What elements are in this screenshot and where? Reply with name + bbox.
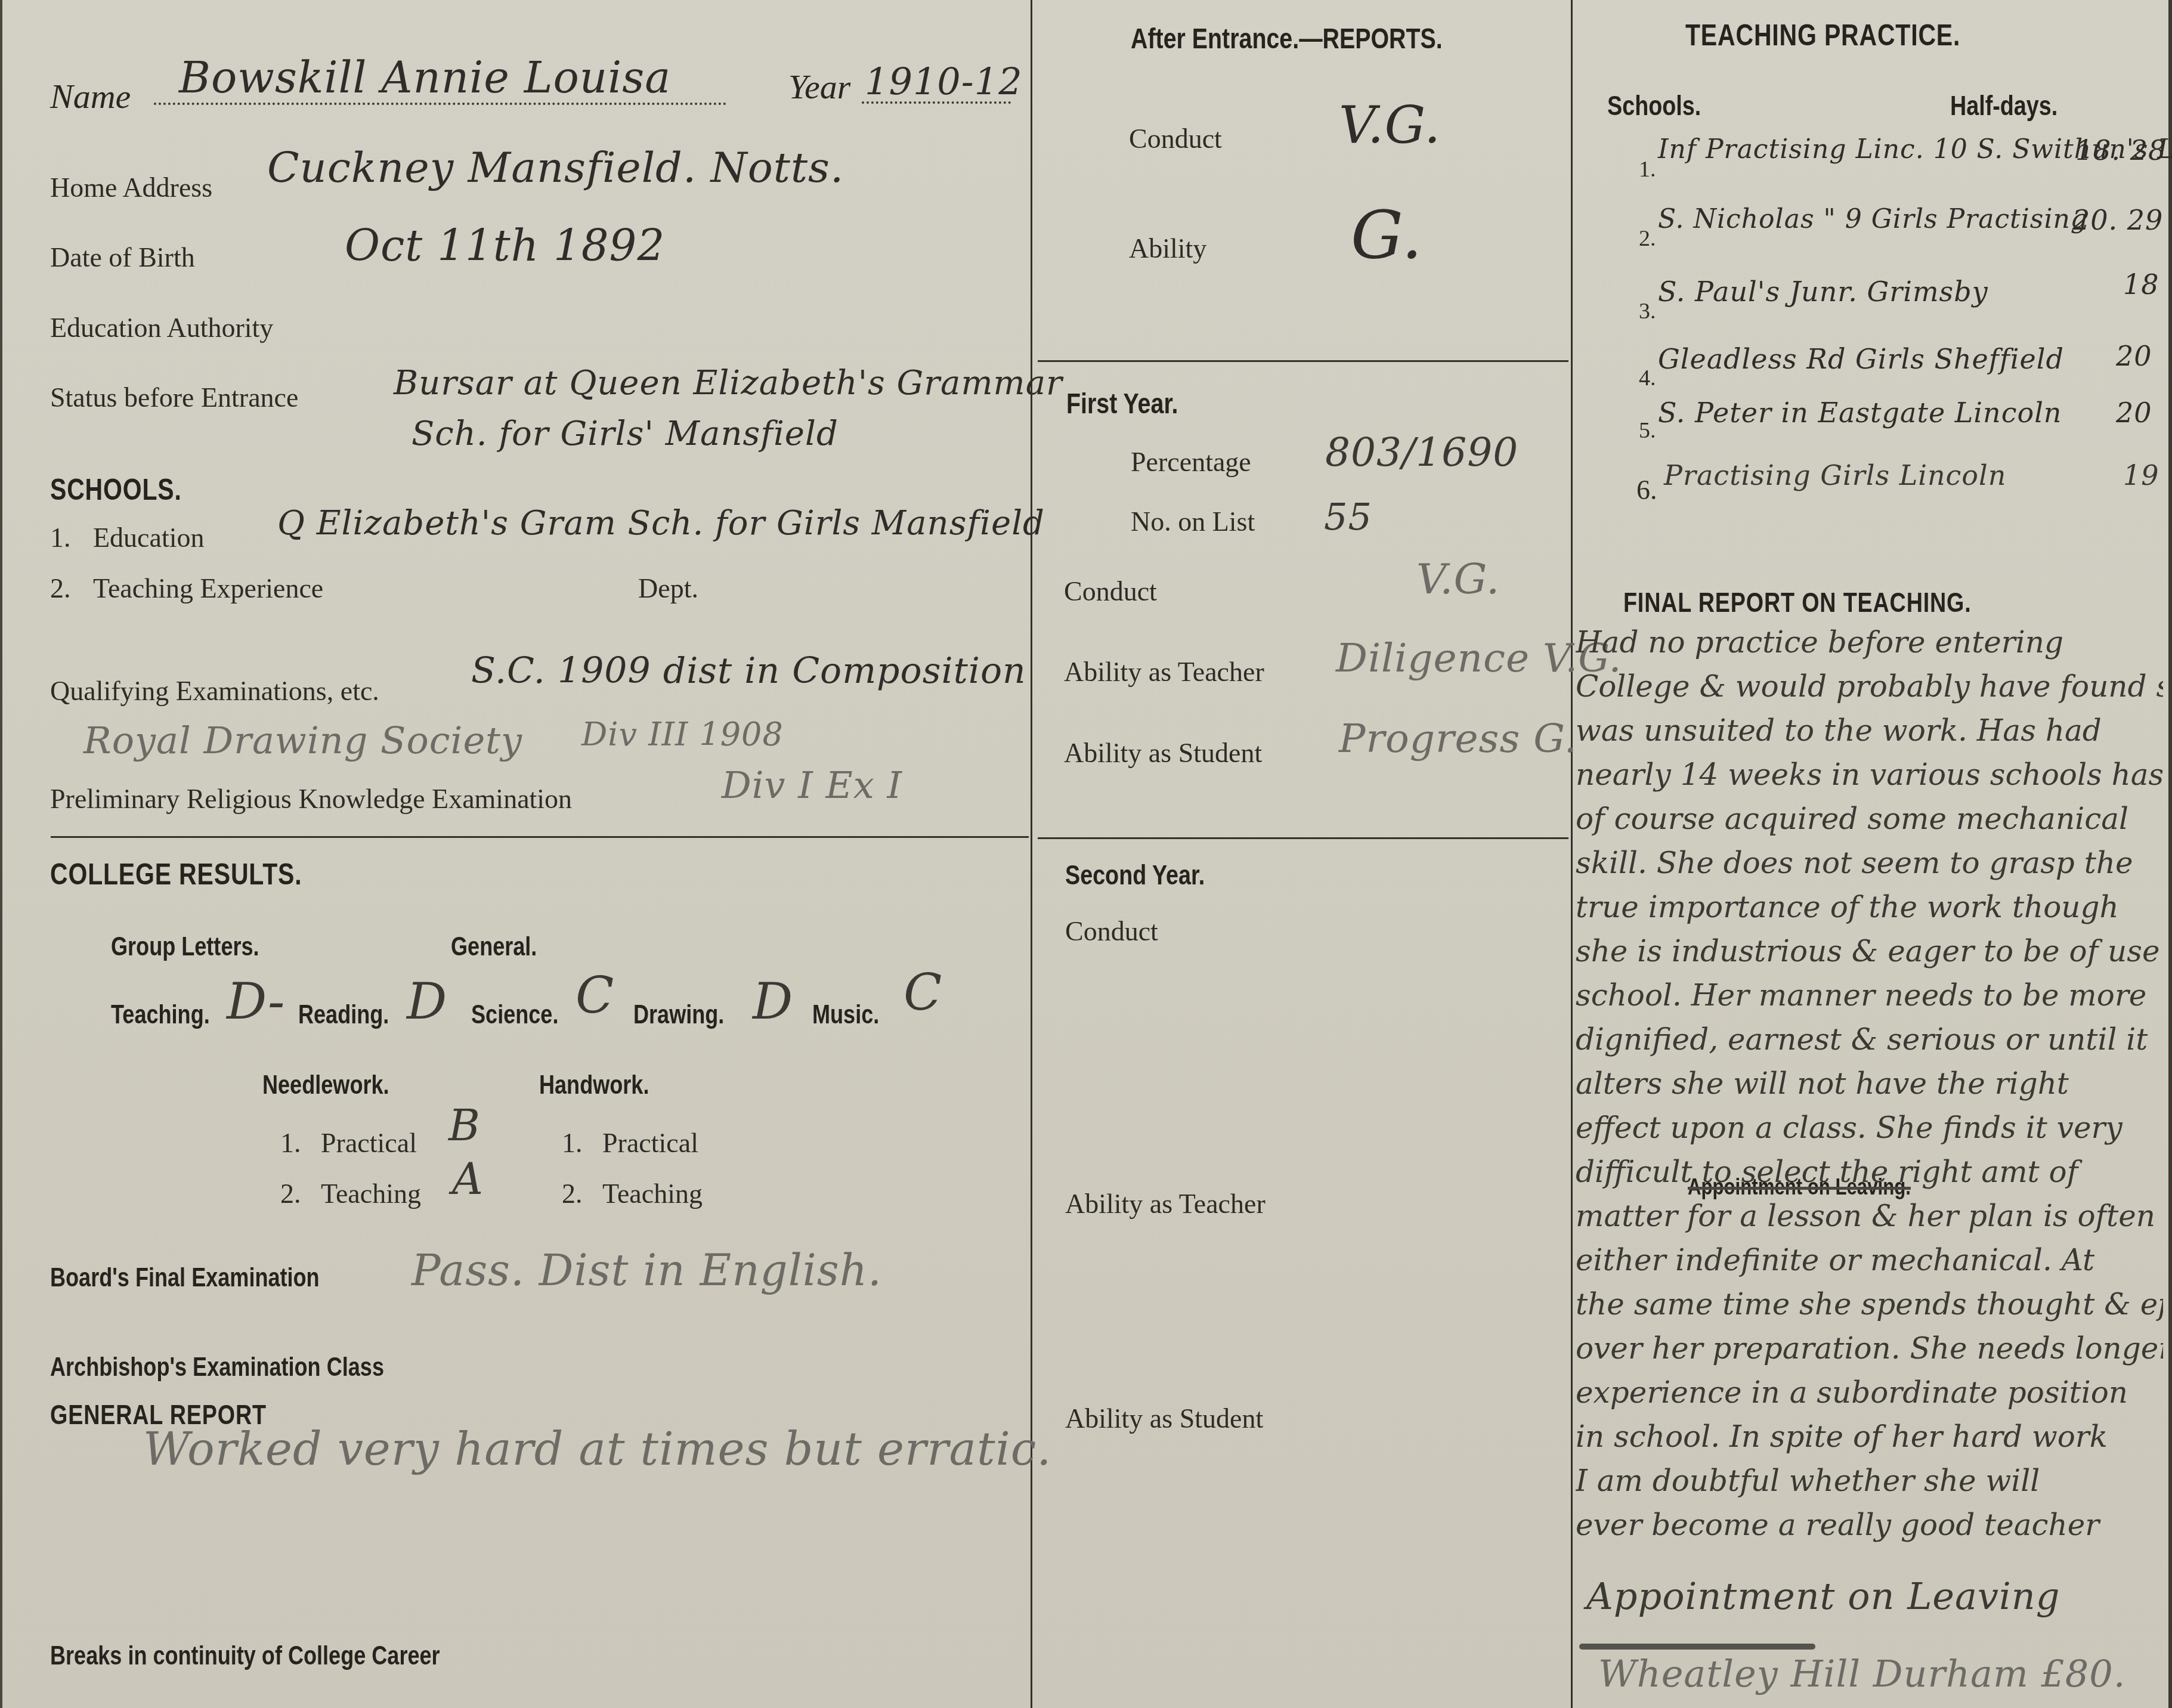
- qualifying-label: Qualifying Examinations, etc.: [50, 675, 379, 707]
- archbishop-label: Archbishop's Examination Class: [50, 1353, 384, 1382]
- fy-student-label: Ability as Student: [1064, 737, 1262, 769]
- report-line: the same time she spends thought & effor…: [1576, 1282, 2163, 1326]
- ae-conduct-value: V.G.: [1339, 95, 1441, 155]
- fy-student-value: Progress G.: [1339, 716, 1577, 762]
- report-line: nearly 14 weeks in various schools has: [1576, 753, 2163, 797]
- status-label: Status before Entrance: [50, 382, 298, 413]
- practice-half-days: 18. 28: [2075, 134, 2166, 166]
- practice-school: S. Nicholas " 9 Girls Practising: [1658, 204, 2088, 234]
- name-label: Name: [50, 76, 131, 116]
- schools-heading: SCHOOLS.: [50, 472, 182, 507]
- practice-half-days: 20: [2116, 340, 2152, 372]
- prk-label: Preliminary Religious Knowledge Examinat…: [50, 783, 572, 815]
- general-report-value: Worked very hard at times but erratic.: [143, 1422, 1052, 1475]
- grade-value-science: C: [576, 966, 614, 1025]
- practice-num: 6.: [1636, 474, 1657, 506]
- grade-subject-teaching: Teaching.: [111, 1000, 210, 1030]
- grade-value-teaching: D-: [227, 972, 284, 1031]
- teaching-practice-heading: TEACHING PRACTICE.: [1685, 18, 1960, 52]
- sy-teacher-label: Ability as Teacher: [1065, 1188, 1266, 1220]
- final-report-text: Had no practice before entering College …: [1576, 620, 2163, 1547]
- education-authority-label: Education Authority: [50, 312, 273, 344]
- handwork-practical-num: 1.: [562, 1127, 583, 1159]
- report-line: dignified, earnest & serious or until it: [1576, 1017, 2163, 1062]
- teaching-exp-num: 2.: [50, 573, 71, 604]
- report-line: experience in a subordinate position: [1576, 1370, 2163, 1415]
- dob-value: Oct 11th 1892: [345, 221, 665, 271]
- dept-label: Dept.: [638, 573, 698, 604]
- half-days-col-label: Half-days.: [1950, 89, 2057, 122]
- report-line: College & would probably have found she: [1576, 664, 2163, 708]
- qualifying-value: S.C. 1909 dist in Composition: [471, 650, 1026, 692]
- status-value-line1: Bursar at Queen Elizabeth's Grammar: [394, 364, 1063, 403]
- sy-student-label: Ability as Student: [1065, 1403, 1263, 1434]
- schools-col-label: Schools.: [1607, 89, 1701, 122]
- needlework-practical-num: 1.: [280, 1127, 301, 1159]
- report-line: school. Her manner needs to be more: [1576, 973, 2163, 1017]
- divider-middle-top: [1038, 360, 1568, 362]
- report-line: alters she will not have the right: [1576, 1062, 2163, 1106]
- grade-subject-music: Music.: [812, 1000, 879, 1030]
- needlework-teaching-label: Teaching: [321, 1178, 421, 1209]
- practice-num: 1.: [1639, 156, 1656, 182]
- status-value-line2: Sch. for Girls' Mansfield: [411, 414, 839, 453]
- needlework-practical-grade: B: [448, 1100, 480, 1150]
- practice-num: 2.: [1639, 225, 1656, 252]
- education-num: 1.: [50, 522, 71, 553]
- divider-middle-right: [1571, 0, 1573, 1708]
- appointment-printed-label: Appointment on Leaving.: [1688, 1175, 1911, 1200]
- percentage-value: 803/1690: [1325, 429, 1518, 475]
- divider-middle-bottom: [1038, 837, 1568, 839]
- ae-ability-label: Ability: [1129, 233, 1206, 264]
- boards-final-value: Pass. Dist in English.: [411, 1245, 882, 1295]
- year-label: Year: [788, 67, 850, 107]
- report-line: in school. In spite of her hard work: [1576, 1415, 2163, 1459]
- fy-conduct-value: V.G.: [1416, 555, 1500, 604]
- needlework-label: Needlework.: [262, 1070, 389, 1100]
- fy-conduct-label: Conduct: [1064, 575, 1157, 607]
- needlework-teaching-grade: A: [452, 1154, 483, 1204]
- grade-subject-reading: Reading.: [298, 1000, 389, 1030]
- handwork-label: Handwork.: [539, 1070, 649, 1100]
- practice-school: S. Peter in Eastgate Lincoln: [1658, 397, 2062, 429]
- needlework-practical-label: Practical: [321, 1127, 417, 1159]
- name-dotted-line: [154, 103, 726, 105]
- report-line: ever become a really good teacher: [1576, 1503, 2163, 1547]
- fy-teacher-label: Ability as Teacher: [1064, 656, 1264, 688]
- second-year-heading: Second Year.: [1065, 859, 1205, 891]
- practice-half-days: 20: [2116, 397, 2152, 429]
- report-line: of course acquired some mechanical: [1576, 797, 2163, 841]
- report-line: she is industrious & eager to be of use …: [1576, 929, 2163, 973]
- no-on-list-value: 55: [1324, 495, 1372, 539]
- grade-value-reading: D: [407, 972, 447, 1031]
- report-line: skill. She does not seem to grasp the: [1576, 841, 2163, 885]
- ae-conduct-label: Conduct: [1129, 123, 1222, 154]
- practice-school: S. Paul's Junr. Grimsby: [1658, 276, 1988, 308]
- report-line: either indefinite or mechanical. At: [1576, 1238, 2163, 1282]
- handwork-teaching-label: Teaching: [602, 1178, 703, 1209]
- practice-half-days: 20. 29: [2072, 204, 2163, 236]
- grade-subject-drawing: Drawing.: [633, 1000, 724, 1030]
- teaching-exp-label: Teaching Experience: [93, 573, 323, 604]
- education-value: Q Elizabeth's Gram Sch. for Girls Mansfi…: [277, 504, 1045, 543]
- handwork-teaching-num: 2.: [562, 1178, 583, 1209]
- breaks-label: Breaks in continuity of College Career: [50, 1641, 440, 1671]
- card-left-edge: [0, 0, 2, 1708]
- year-value: 1910-12: [865, 60, 1023, 103]
- prk-value: Div I Ex I: [722, 763, 902, 807]
- handwork-practical-label: Practical: [602, 1127, 698, 1159]
- practice-num: 3.: [1639, 298, 1656, 324]
- qualifying-value-line2b: Div III 1908: [581, 716, 784, 753]
- ae-ability-value: G.: [1351, 197, 1423, 273]
- grade-value-drawing: D: [753, 972, 793, 1031]
- report-line: true importance of the work though: [1576, 885, 2163, 929]
- group-letters-label: Group Letters.: [111, 932, 259, 962]
- percentage-label: Percentage: [1131, 446, 1251, 478]
- no-on-list-label: No. on List: [1131, 506, 1255, 537]
- education-label: Education: [93, 522, 205, 553]
- final-report-heading: FINAL REPORT ON TEACHING.: [1623, 586, 1972, 618]
- report-line: I am doubtful whether she will: [1576, 1459, 2163, 1503]
- practice-school: Gleadless Rd Girls Sheffield: [1658, 343, 2064, 375]
- appointment-value: Wheatley Hill Durham £80.: [1598, 1652, 2125, 1695]
- grade-value-music: C: [904, 963, 942, 1022]
- appointment-underline: [1579, 1644, 1815, 1650]
- needlework-teaching-num: 2.: [280, 1178, 301, 1209]
- practice-num: 4.: [1639, 365, 1656, 391]
- card-right-edge: [2168, 0, 2172, 1708]
- college-results-heading: COLLEGE RESULTS.: [50, 857, 302, 892]
- after-entrance-heading: After Entrance.—REPORTS.: [1131, 23, 1443, 55]
- report-line: was unsuited to the work. Has had: [1576, 708, 2163, 753]
- practice-half-days: 19: [2123, 459, 2159, 491]
- sy-conduct-label: Conduct: [1065, 915, 1158, 947]
- boards-final-label: Board's Final Examination: [50, 1263, 320, 1293]
- first-year-heading: First Year.: [1066, 388, 1178, 420]
- practice-school: Practising Girls Lincoln: [1664, 459, 2006, 491]
- practice-half-days: 18: [2123, 268, 2159, 301]
- appointment-handwritten-label: Appointment on Leaving: [1586, 1574, 2060, 1618]
- report-line: effect upon a class. She finds it very: [1576, 1106, 2163, 1150]
- name-value: Bowskill Annie Louisa: [179, 52, 671, 103]
- report-line: Had no practice before entering: [1576, 620, 2163, 664]
- practice-num: 5.: [1639, 417, 1656, 444]
- qualifying-value-line2: Royal Drawing Society: [83, 719, 522, 762]
- general-label: General.: [451, 932, 537, 962]
- home-address-label: Home Address: [50, 172, 212, 203]
- report-line: over her preparation. She needs longer: [1576, 1326, 2163, 1370]
- dob-label: Date of Birth: [50, 242, 195, 273]
- divider-left-section: [51, 836, 1029, 838]
- report-line: matter for a lesson & her plan is often: [1576, 1194, 2163, 1238]
- grade-subject-science: Science.: [471, 1000, 558, 1030]
- home-address-value: Cuckney Mansfield. Notts.: [267, 143, 844, 192]
